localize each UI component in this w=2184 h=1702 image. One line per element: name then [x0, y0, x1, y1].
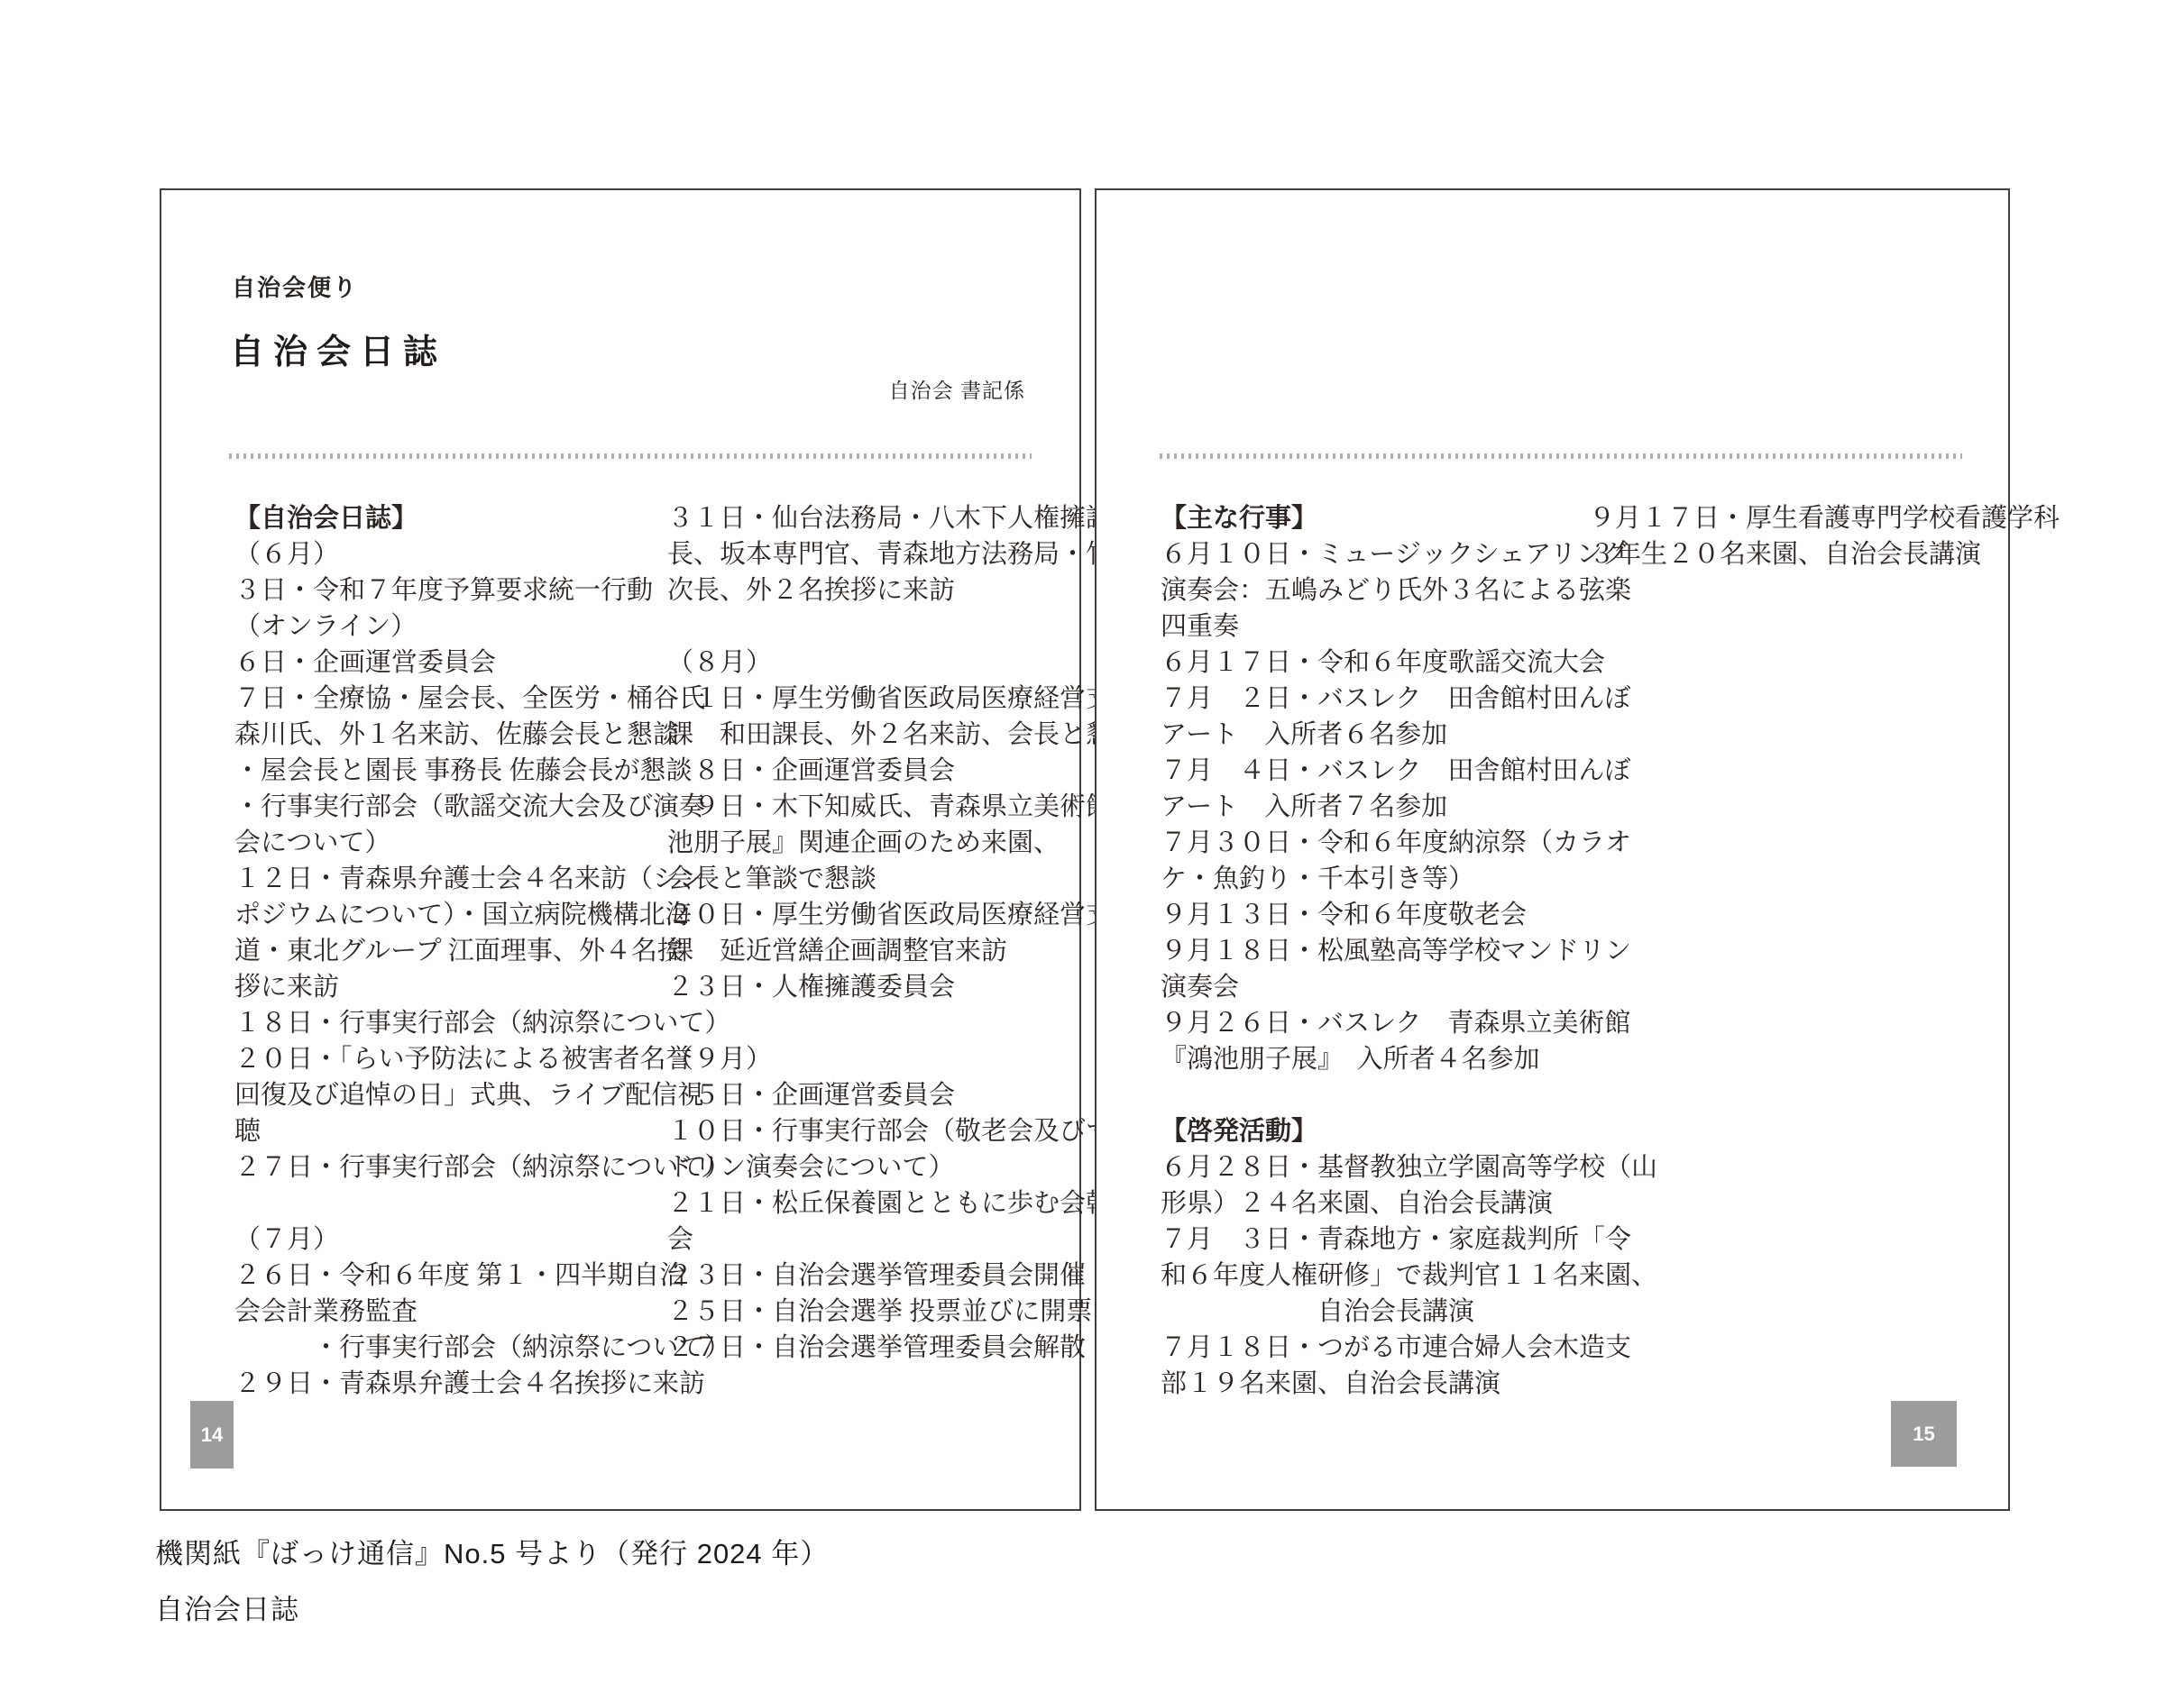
text-line: ６月１７日・令和６年度歌謡交流大会 — [1161, 645, 1571, 681]
text-line: （９月） — [667, 1041, 1073, 1077]
text-line: ・行事実行部会（歌謡交流大会及び演奏 — [234, 789, 640, 825]
text-line: 池朋子展』関連企画のため来園、 — [667, 825, 1073, 861]
text-line: 【自治会日誌】 — [234, 500, 640, 536]
text-line: 【啓発活動】 — [1161, 1113, 1571, 1149]
text-line: ２０日・厚生労働省医政局医療経営支援 — [667, 897, 1073, 933]
text-line: アート 入所者７名参加 — [1161, 789, 1571, 825]
text-line: １０日・行事実行部会（敬老会及びマン — [667, 1113, 1073, 1149]
text-line: 部１９名来園、自治会長講演 — [1161, 1366, 1571, 1402]
text-line: ・屋会長と園長 事務長 佐藤会長が懇談 — [234, 753, 640, 789]
source-caption-title: 自治会日誌 — [155, 1587, 299, 1627]
text-line: ３１日・仙台法務局・八木下人権擁護部 — [667, 500, 1073, 536]
text-line: ２０日・「らい予防法による被害者名誉 — [234, 1041, 640, 1077]
text-line: 演奏会 — [1161, 969, 1571, 1005]
text-line: ポジウムについて）・国立病院機構北海 — [234, 897, 640, 933]
text-line: 次長、外２名挨拶に来訪 — [667, 572, 1073, 609]
text-line: ３日・令和７年度予算要求統一行動 — [234, 572, 640, 609]
text-line: ２７日・行事実行部会（納涼祭について） — [234, 1149, 640, 1185]
kicker-label: 自治会便り — [232, 270, 358, 303]
text-line — [667, 1005, 1073, 1041]
text-line: ５日・企画運営委員会 — [667, 1077, 1073, 1113]
page-title: 自治会日誌 — [230, 324, 446, 373]
text-line: 会会計業務監査 — [234, 1294, 640, 1330]
text-line: 道・東北グループ 江面理事、外４名挨 — [234, 933, 640, 969]
text-line: ７月１８日・つがる市連合婦人会木造支 — [1161, 1330, 1571, 1366]
text-line: 聴 — [234, 1113, 640, 1149]
text-line: １２日・青森県弁護士会４名来訪（シン — [234, 861, 640, 897]
text-line: ケ・魚釣り・千本引き等） — [1161, 861, 1571, 897]
text-line: １日・厚生労働省医政局医療経営支援 — [667, 681, 1073, 717]
text-line: ９月２６日・バスレク 青森県立美術館 — [1161, 1005, 1571, 1041]
text-line: ９月１８日・松風塾高等学校マンドリン — [1161, 933, 1571, 969]
text-line: 『鴻池朋子展』 入所者４名参加 — [1161, 1041, 1571, 1077]
text-line: ２９日・青森県弁護士会４名挨拶に来訪 — [234, 1366, 640, 1402]
text-line: ６月２８日・基督教独立学園高等学校（山 — [1161, 1149, 1571, 1185]
left-page-column-2: ３１日・仙台法務局・八木下人権擁護部長、坂本専門官、青森地方法務局・竹田次長、外… — [667, 500, 1073, 1366]
dotted-divider — [229, 453, 1032, 459]
text-line: ３年生２０名来園、自治会長講演 — [1589, 536, 2005, 572]
page-right: 【主な行事】６月１０日・ミュージックシェアリング演奏会：五嶋みどり氏外３名による… — [1095, 188, 2010, 1511]
text-line: ７月 ４日・バスレク 田舎館村田んぼ — [1161, 753, 1571, 789]
text-line: ７月３０日・令和６年度納涼祭（カラオ — [1161, 825, 1571, 861]
text-line: 会 — [667, 1222, 1073, 1258]
text-line: ８日・企画運営委員会 — [667, 753, 1073, 789]
text-line: ２３日・人権擁護委員会 — [667, 969, 1073, 1005]
text-line: 四重奏 — [1161, 609, 1571, 645]
text-line — [667, 609, 1073, 645]
text-line: 拶に来訪 — [234, 969, 640, 1005]
text-line: 課 延近営繕企画調整官来訪 — [667, 933, 1073, 969]
text-line: 会長と筆談で懇談 — [667, 861, 1073, 897]
text-line: ９日・木下知威氏、青森県立美術館『鴻 — [667, 789, 1073, 825]
source-caption: 機関紙『ばっけ通信』No.5 号より（発行 2024 年） — [155, 1531, 829, 1571]
text-line: 会について） — [234, 825, 640, 861]
text-line: アート 入所者６名参加 — [1161, 717, 1571, 753]
text-line: （８月） — [667, 645, 1073, 681]
text-line: ７月 ３日・青森地方・家庭裁判所「令 — [1161, 1222, 1571, 1258]
text-line: 【主な行事】 — [1161, 500, 1571, 536]
document-scan: 自治会便り 自治会日誌 自治会 書記係 【自治会日誌】（６月）３日・令和７年度予… — [0, 0, 2184, 1702]
text-line: （オンライン） — [234, 609, 640, 645]
page-number-badge: 14 — [190, 1401, 234, 1469]
text-line: ２３日・自治会選挙管理委員会開催 — [667, 1258, 1073, 1294]
left-page-column-1: 【自治会日誌】（６月）３日・令和７年度予算要求統一行動（オンライン）６日・企画運… — [234, 500, 640, 1402]
text-line: 森川氏、外１名来訪、佐藤会長と懇談 — [234, 717, 640, 753]
text-line — [1161, 1077, 1571, 1113]
text-line: ９月１７日・厚生看護専門学校看護学科 — [1589, 500, 2005, 536]
text-line: ２５日・自治会選挙 投票並びに開票 — [667, 1294, 1073, 1330]
text-line: 長、坂本専門官、青森地方法務局・竹田 — [667, 536, 1073, 572]
text-line: ・行事実行部会（納涼祭について） — [234, 1330, 640, 1366]
text-line — [234, 1185, 640, 1222]
dotted-divider — [1160, 453, 1962, 459]
text-line: ２１日・松丘保養園とともに歩む会幹事 — [667, 1185, 1073, 1222]
text-line: ９月１３日・令和６年度敬老会 — [1161, 897, 1571, 933]
right-page-column-1: 【主な行事】６月１０日・ミュージックシェアリング演奏会：五嶋みどり氏外３名による… — [1161, 500, 1571, 1402]
text-line: 回復及び追悼の日」式典、ライブ配信視 — [234, 1077, 640, 1113]
page-number-badge: 15 — [1891, 1401, 1957, 1467]
text-line: １８日・行事実行部会（納涼祭について） — [234, 1005, 640, 1041]
text-line: ７月 ２日・バスレク 田舎館村田んぼ — [1161, 681, 1571, 717]
text-line: ２６日・令和６年度 第１・四半期自治 — [234, 1258, 640, 1294]
text-line: ドリン演奏会について） — [667, 1149, 1073, 1185]
text-line: ２７日・自治会選挙管理委員会解散 — [667, 1330, 1073, 1366]
byline: 自治会 書記係 — [889, 374, 1025, 404]
text-line: 演奏会：五嶋みどり氏外３名による弦楽 — [1161, 572, 1571, 609]
page-left: 自治会便り 自治会日誌 自治会 書記係 【自治会日誌】（６月）３日・令和７年度予… — [160, 188, 1081, 1511]
text-line: ６月１０日・ミュージックシェアリング — [1161, 536, 1571, 572]
text-line: （６月） — [234, 536, 640, 572]
text-line: 課 和田課長、外２名来訪、会長と懇談 — [667, 717, 1073, 753]
text-line: （７月） — [234, 1222, 640, 1258]
text-line: ７日・全療協・屋会長、全医労・桶谷氏 — [234, 681, 640, 717]
text-line: ６日・企画運営委員会 — [234, 645, 640, 681]
text-line: 和６年度人権研修」で裁判官１１名来園、 — [1161, 1258, 1571, 1294]
right-page-column-2: ９月１７日・厚生看護専門学校看護学科３年生２０名来園、自治会長講演 — [1589, 500, 2005, 572]
text-line: 自治会長講演 — [1161, 1294, 1571, 1330]
text-line: 形県）２４名来園、自治会長講演 — [1161, 1185, 1571, 1222]
